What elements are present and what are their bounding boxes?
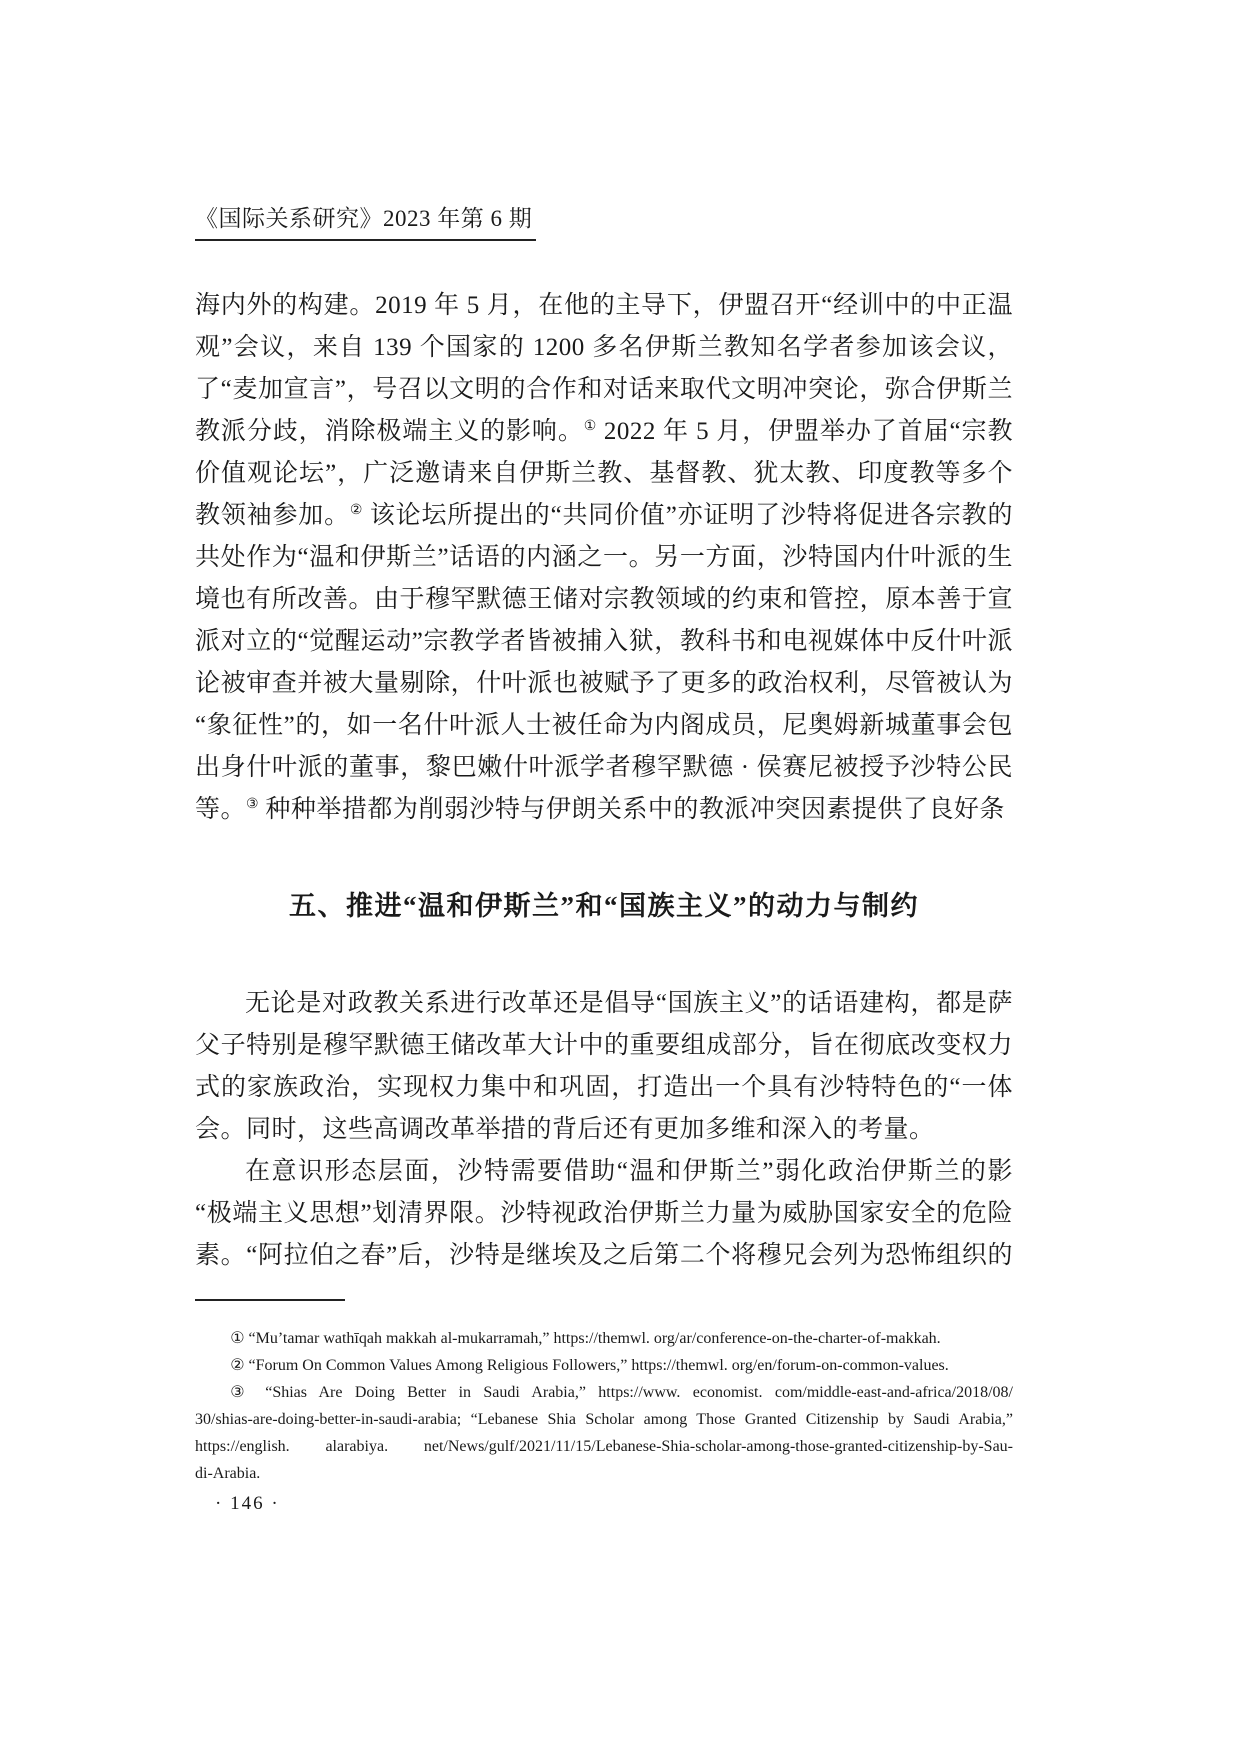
text-line: “极端主义思想”划清界限。沙特视政治伊斯兰力量为威胁国家安全的危险因: [195, 1193, 1013, 1235]
text-line: ② “Forum On Common Values Among Religiou…: [195, 1352, 1013, 1379]
text-line: di-Arabia.: [195, 1460, 1013, 1487]
text-line: 教领袖参加。② 该论坛所提出的“共同价值”亦证明了沙特将促进各宗教的和谐: [195, 495, 1013, 537]
text-line: “象征性”的，如一名什叶派人士被任命为内阁成员，尼奥姆新城董事会包含一名: [195, 705, 1013, 747]
text-line: 共处作为“温和伊斯兰”话语的内涵之一。另一方面，沙特国内什叶派的生存环: [195, 537, 1013, 579]
text-line: 30/shias-are-doing-better-in-saudi-arabi…: [195, 1406, 1013, 1433]
paragraph-2: 无论是对政教关系进行改革还是倡导“国族主义”的话语建构，都是萨勒曼父子特别是穆罕…: [195, 983, 1013, 1151]
page-number: · 146 ·: [195, 1493, 1013, 1515]
text-line: 会。同时，这些高调改革举措的背后还有更加多维和深入的考量。: [195, 1109, 1013, 1151]
page-content: 《国际关系研究》2023 年第 6 期 海内外的构建。2019 年 5 月，在他…: [195, 205, 1013, 1515]
text-line: 论被审查并被大量剔除，什叶派也被赋予了更多的政治权利，尽管被认为只是: [195, 663, 1013, 705]
text-line: 价值观论坛”，广泛邀请来自伊斯兰教、基督教、犹太教、印度教等多个宗教的宗: [195, 453, 1013, 495]
text-line: 出身什叶派的董事，黎巴嫩什叶派学者穆罕默德 · 侯赛尼被授予沙特公民身份: [195, 747, 1013, 789]
text-line: 无论是对政教关系进行改革还是倡导“国族主义”的话语建构，都是萨勒曼: [195, 983, 1013, 1025]
footnote-ref: ①: [584, 419, 597, 434]
text-line: 在意识形态层面，沙特需要借助“温和伊斯兰”弱化政治伊斯兰的影响，并与: [195, 1151, 1013, 1193]
text-line: 境也有所改善。由于穆罕默德王储对宗教领域的约束和管控，原本善于宣扬教: [195, 579, 1013, 621]
text-line: 式的家族政治，实现权力集中和巩固，打造出一个具有沙特特色的“一体多元”社: [195, 1067, 1013, 1109]
text-line: 教派分歧，消除极端主义的影响。① 2022 年 5 月，伊盟举办了首届“宗教信徒…: [195, 411, 1013, 453]
journal-page: 《国际关系研究》2023 年第 6 期 海内外的构建。2019 年 5 月，在他…: [0, 0, 1239, 1753]
text-line: https://english. alarabiya. net/News/gul…: [195, 1433, 1013, 1460]
paragraph-continued: 海内外的构建。2019 年 5 月，在他的主导下，伊盟召开“经训中的中正温和价值…: [195, 285, 1013, 831]
text-line: ③ “Shias Are Doing Better in Saudi Arabi…: [195, 1379, 1013, 1406]
text-line: 海内外的构建。2019 年 5 月，在他的主导下，伊盟召开“经训中的中正温和价值: [195, 285, 1013, 327]
text-line: 等。③ 种种举措都为削弱沙特与伊朗关系中的教派冲突因素提供了良好条件。: [195, 789, 1013, 831]
text-line: 父子特别是穆罕默德王储改革大计中的重要组成部分，旨在彻底改变权力分享: [195, 1025, 1013, 1067]
footnotes-block: ① “Mu’tamar wathīqah makkah al-mukarrama…: [195, 1325, 1013, 1487]
text-line: 素。“阿拉伯之春”后，沙特是继埃及之后第二个将穆兄会列为恐怖组织的阿拉: [195, 1235, 1013, 1277]
journal-issue-label: 《国际关系研究》2023 年第 6 期: [195, 205, 536, 241]
text-line: 派对立的“觉醒运动”宗教学者皆被捕入狱，教科书和电视媒体中反什叶派的言: [195, 621, 1013, 663]
section-heading: 五、推进“温和伊斯兰”和“国族主义”的动力与制约: [195, 883, 1013, 929]
footnote-ref: ③: [246, 797, 259, 812]
page-header: 《国际关系研究》2023 年第 6 期: [195, 205, 1013, 241]
footnote-separator: [195, 1299, 345, 1301]
paragraph-3: 在意识形态层面，沙特需要借助“温和伊斯兰”弱化政治伊斯兰的影响，并与“极端主义思…: [195, 1151, 1013, 1277]
text-line: 观”会议，来自 139 个国家的 1200 多名伊斯兰教知名学者参加该会议，会议…: [195, 327, 1013, 369]
text-line: 了“麦加宣言”，号召以文明的合作和对话来取代文明冲突论，弥合伊斯兰教中的: [195, 369, 1013, 411]
footnote-ref: ②: [350, 503, 363, 518]
text-line: ① “Mu’tamar wathīqah makkah al-mukarrama…: [195, 1325, 1013, 1352]
